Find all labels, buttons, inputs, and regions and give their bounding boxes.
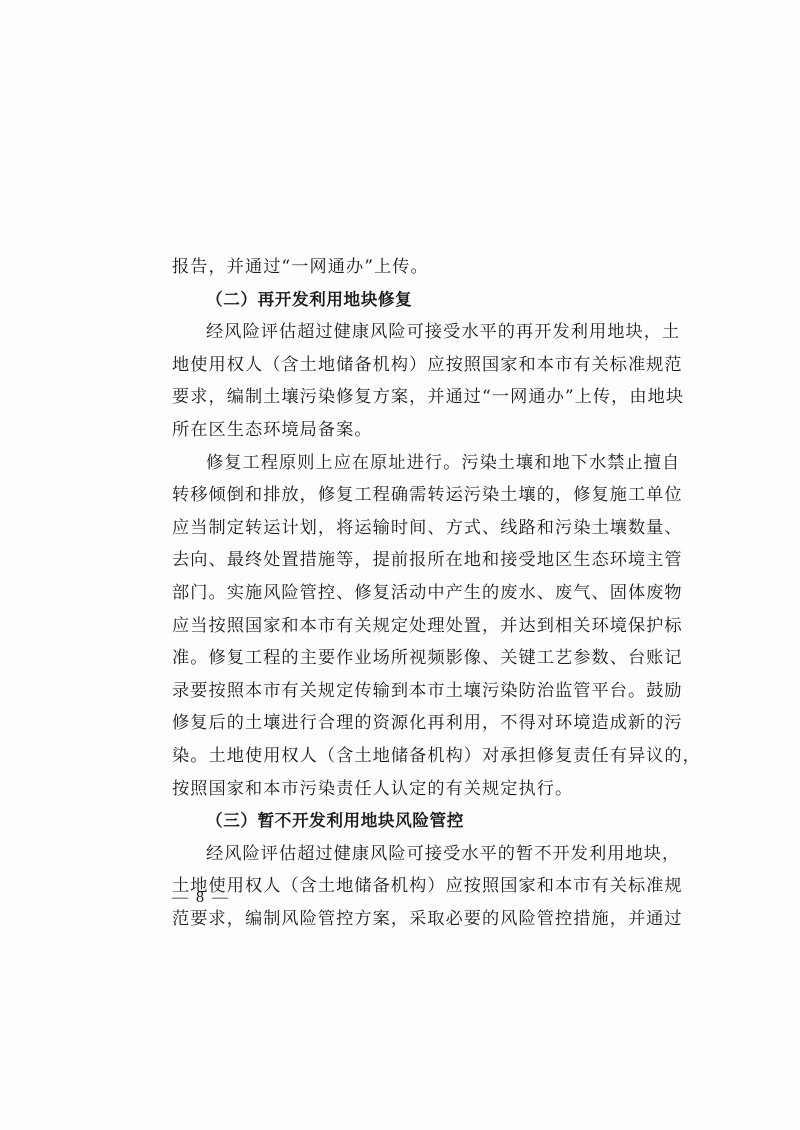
- paragraph-line: 按照国家和本市污染责任人认定的有关规定执行。: [172, 773, 632, 806]
- paragraph-line: 修复工程原则上应在原址进行。污染土壤和地下水禁止擅自: [172, 447, 632, 480]
- paragraph-line: 地使用权人（含土地储备机构）应按照国家和本市有关标准规范: [172, 349, 632, 382]
- paragraph-line: 土地使用权人（含土地储备机构）应按照国家和本市有关标准规: [172, 870, 632, 903]
- paragraph-line: 范要求，编制风险管控方案，采取必要的风险管控措施，并通过: [172, 903, 632, 936]
- paragraph-line: 染。土地使用权人（含土地储备机构）对承担修复责任有异议的，: [172, 740, 632, 773]
- section-heading-risk-control: （三）暂不开发利用地块风险管控: [172, 805, 632, 838]
- paragraph-line: 去向、最终处置措施等，提前报所在地和接受地区生态环境主管: [172, 544, 632, 577]
- paragraph-line: 要求，编制土壤污染修复方案，并通过“一网通办”上传，由地块: [172, 381, 632, 414]
- body-text: 报告，并通过“一网通办”上传。 （二）再开发利用地块修复 经风险评估超过健康风险…: [172, 251, 632, 935]
- paragraph-line: 修复后的土壤进行合理的资源化再利用，不得对环境造成新的污: [172, 707, 632, 740]
- page-number: — 8 —: [172, 888, 230, 908]
- paragraph-line: 录要按照本市有关规定传输到本市土壤污染防治监管平台。鼓励: [172, 675, 632, 708]
- paragraph-line: 所在区生态环境局备案。: [172, 414, 632, 447]
- paragraph-line: 经风险评估超过健康风险可接受水平的再开发利用地块，土: [172, 316, 632, 349]
- paragraph-line: 应当制定转运计划，将运输时间、方式、线路和污染土壤数量、: [172, 512, 632, 545]
- paragraph-line: 部门。实施风险管控、修复活动中产生的废水、废气、固体废物: [172, 577, 632, 610]
- section-heading-redevelopment-remediation: （二）再开发利用地块修复: [172, 284, 632, 317]
- paragraph-line: 经风险评估超过健康风险可接受水平的暂不开发利用地块，: [172, 838, 632, 871]
- paragraph-line: 转移倾倒和排放，修复工程确需转运污染土壤的，修复施工单位: [172, 479, 632, 512]
- paragraph-line: 报告，并通过“一网通办”上传。: [172, 251, 632, 284]
- paragraph-line: 应当按照国家和本市有关规定处理处置，并达到相关环境保护标: [172, 610, 632, 643]
- document-page: 报告，并通过“一网通办”上传。 （二）再开发利用地块修复 经风险评估超过健康风险…: [0, 0, 800, 1130]
- paragraph-line: 准。修复工程的主要作业场所视频影像、关键工艺参数、台账记: [172, 642, 632, 675]
